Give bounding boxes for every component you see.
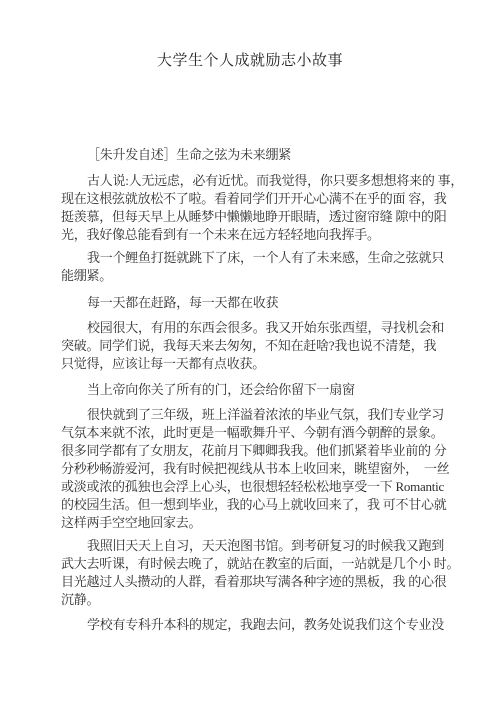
text-line: 我照旧天天上自习，天天泡图书馆。到考研复习的时候我又跑到	[61, 537, 441, 555]
text-line: 学校有专科升本科的规定，我跑去问，教务处说我们这个专业没	[61, 616, 441, 634]
text-line: 只觉得，应该让每一天都有点收获。	[61, 355, 441, 373]
text-line: 古人说:人无远虑，必有近忧。而我觉得，你只要多想想将来的 事，	[61, 172, 441, 190]
paragraph: 学校有专科升本科的规定，我跑去问，教务处说我们这个专业没	[61, 616, 441, 634]
text-line: 这样两手空空地回家去。	[61, 514, 441, 532]
document-page: 大学生个人成就励志小故事 ［朱升发自述］生命之弦为未来绷紧 古人说:人无远虑，必…	[0, 0, 500, 707]
section-subheading: ［朱升发自述］生命之弦为未来绷紧	[61, 146, 441, 164]
paragraph: 我照旧天天上自习，天天泡图书馆。到考研复习的时候我又跑到 武大去听课，有时候去晚…	[61, 537, 441, 609]
paragraph: 我一个鲤鱼打挺就跳下了床，一个人有了未来感，生命之弦就只 能绷紧。	[61, 249, 441, 285]
text-line: 现在这根弦就放松不了啦。看着同学们开开心心满不在乎的面 容，我	[61, 190, 441, 208]
section-subheading: 每一天都在赶路，每一天都在收获	[61, 294, 441, 312]
text-line: 气氛本来就不浓，此时更是一幅歌舞升平、今朝有酒今朝醉的景象。	[61, 424, 441, 442]
text-line: ［朱升发自述］生命之弦为未来绷紧	[61, 146, 441, 164]
text-line: 很多同学都有了女朋友，花前月下卿卿我我。他们抓紧着毕业前的 分	[61, 442, 441, 460]
text-line: 武大去听课，有时候去晚了，就站在教室的后面，一站就是几个小 时。	[61, 555, 441, 573]
paragraph: 校园很大，有用的东西会很多。我又开始东张西望，寻找机会和 突破。同学们说，我每天…	[61, 319, 441, 373]
text-line: 我一个鲤鱼打挺就跳下了床，一个人有了未来感，生命之弦就只	[61, 249, 441, 267]
text-line: 校园很大，有用的东西会很多。我又开始东张西望，寻找机会和	[61, 319, 441, 337]
text-line: 每一天都在赶路，每一天都在收获	[61, 294, 441, 312]
section-subheading: 当上帝向你关了所有的门，还会给你留下一扇窗	[61, 381, 441, 399]
text-line: 挺羡慕，但每天早上从睡梦中懒懒地睁开眼睛，透过窗帘缝 隙中的阳	[61, 208, 441, 226]
text-line: 或淡或浓的孤独也会浮上心头，也很想轻轻松松地享受一下 Romantic	[61, 478, 441, 496]
text-line: 突破。同学们说，我每天来去匆匆，不知在赶啥?我也说不清楚，我	[61, 337, 441, 355]
paragraph: 很快就到了三年级，班上洋溢着浓浓的毕业气氛，我们专业学习 气氛本来就不浓，此时更…	[61, 406, 441, 532]
text-line: 目光越过人头攒动的人群，看着那块写满各种字迹的黑板，我 的心很	[61, 573, 441, 591]
text-line: 的校园生活。但一想到毕业，我的心马上就收回来了，我 可不甘心就	[61, 496, 441, 514]
text-line: 很快就到了三年级，班上洋溢着浓浓的毕业气氛，我们专业学习	[61, 406, 441, 424]
text-line: 光，我好像总能看到有一个未来在远方轻轻地向我挥手。	[61, 226, 441, 244]
text-line: 沉静。	[61, 591, 441, 609]
text-line: 能绷紧。	[61, 267, 441, 285]
paragraph: 古人说:人无远虑，必有近忧。而我觉得，你只要多想想将来的 事， 现在这根弦就放松…	[61, 172, 441, 244]
text-line: 分秒秒畅游爱河，我有时候把视线从书本上收回来，眺望窗外， 一丝	[61, 460, 441, 478]
document-title: 大学生个人成就励志小故事	[0, 51, 500, 71]
text-line: 当上帝向你关了所有的门，还会给你留下一扇窗	[61, 381, 441, 399]
